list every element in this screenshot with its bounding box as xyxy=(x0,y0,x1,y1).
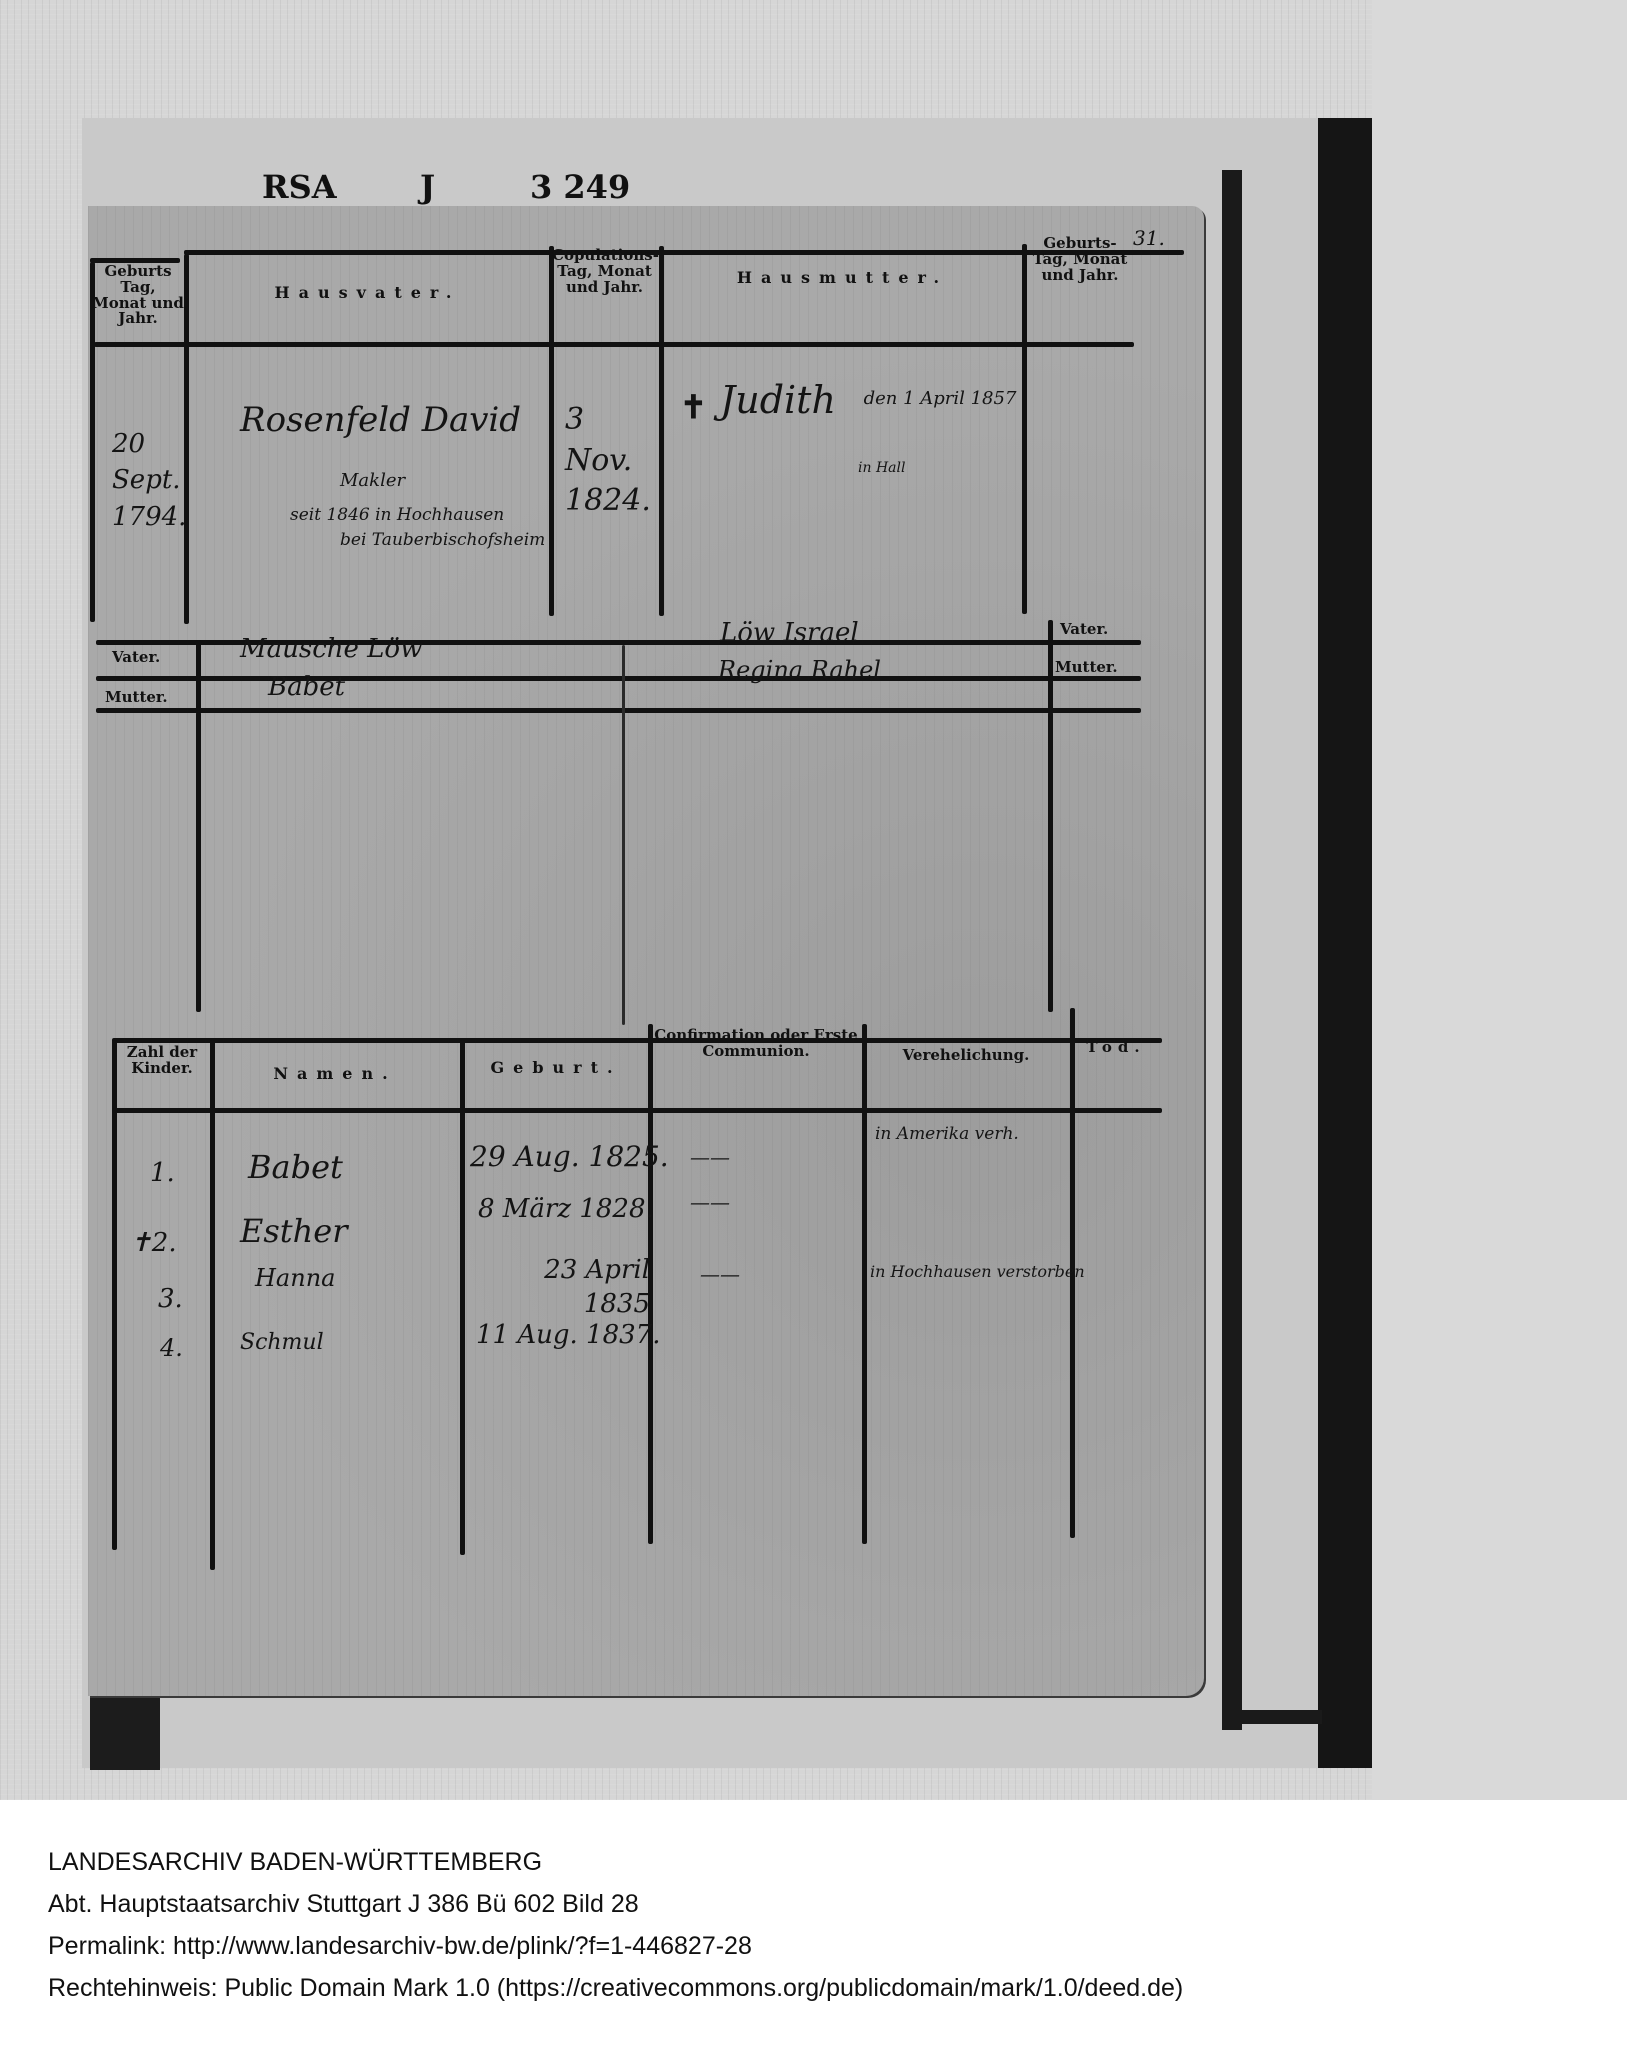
rule xyxy=(1048,620,1053,710)
signature-number: 3 249 xyxy=(530,168,630,206)
child-3-marriage: in Hochhausen verstorben xyxy=(870,1262,1085,1281)
header-child-number: Zahl der Kinder. xyxy=(116,1045,208,1077)
header-mother: Hausmutter. xyxy=(665,270,1020,287)
child-1-number: 1. xyxy=(150,1158,175,1188)
child-3-number: 3. xyxy=(158,1284,183,1314)
rule xyxy=(659,246,664,616)
rule xyxy=(460,1040,465,1555)
rule xyxy=(1022,244,1027,614)
child-2-name: Esther xyxy=(240,1212,347,1250)
header-father-birth: Geburts Tag, Monat und Jahr. xyxy=(92,264,184,327)
mother-name: Judith xyxy=(720,378,836,422)
rule xyxy=(622,645,625,1025)
spine-foot xyxy=(1222,1710,1322,1724)
child-1-marriage: in Amerika verh. xyxy=(875,1118,1025,1150)
mother-father-name: Löw Israel xyxy=(720,618,859,648)
child-4-birth: 11 Aug. 1837. xyxy=(476,1320,660,1350)
rule xyxy=(196,640,201,710)
father-note-1: seit 1846 in Hochhausen xyxy=(290,505,504,525)
rule xyxy=(549,246,554,616)
inner-spine-edge xyxy=(1222,170,1242,1730)
father-mother-name: Babet xyxy=(268,672,345,702)
header-marriage: Copulations-Tag, Monat und Jahr. xyxy=(552,248,657,295)
rule xyxy=(210,1040,215,1570)
child-4-name: Schmul xyxy=(240,1330,324,1355)
header-child-name: Namen. xyxy=(215,1066,455,1083)
signature-strip xyxy=(82,118,1242,218)
book-spine xyxy=(1318,118,1372,1768)
label-vater-left: Vater. xyxy=(112,650,160,666)
mother-death-place: in Hall xyxy=(858,460,905,476)
footer-reference: Abt. Hauptstaatsarchiv Stuttgart J 386 B… xyxy=(48,1890,639,1919)
signature-rsa: RSA xyxy=(262,168,337,206)
cover-edge xyxy=(90,1690,160,1770)
header-child-birth: Geburt. xyxy=(466,1060,646,1077)
right-background xyxy=(1372,0,1627,1800)
father-occupation: Makler xyxy=(340,470,405,491)
child-3-confirmation: —— xyxy=(700,1262,740,1286)
rule xyxy=(112,1108,1162,1113)
page-number: 31. xyxy=(1133,226,1165,250)
child-1-name: Babet xyxy=(248,1148,343,1186)
signature-j: J xyxy=(420,168,435,206)
rule xyxy=(96,708,1141,713)
mother-death-note: den 1 April 1857 xyxy=(860,384,1020,415)
rule xyxy=(112,1038,1162,1043)
father-father-name: Mausche Löw xyxy=(240,634,422,664)
footer-rights: Rechtehinweis: Public Domain Mark 1.0 (h… xyxy=(48,1974,1183,2003)
rule xyxy=(196,712,201,1012)
father-note-2: bei Tauberbischofsheim xyxy=(340,530,545,550)
child-2-confirmation: —— xyxy=(690,1190,730,1214)
rule xyxy=(862,1024,867,1544)
footer-archive-name: LANDESARCHIV BADEN-WÜRTTEMBERG xyxy=(48,1848,542,1877)
mother-mother-name: Regina Rahel xyxy=(718,656,881,684)
header-father: Hausvater. xyxy=(190,285,545,302)
rule xyxy=(94,342,1134,347)
rule xyxy=(96,676,1141,681)
footer-permalink[interactable]: Permalink: http://www.landesarchiv-bw.de… xyxy=(48,1932,752,1961)
child-4-number: 4. xyxy=(160,1334,183,1362)
header-mother-birth: Geburts-Tag, Monat und Jahr. xyxy=(1030,236,1130,283)
label-mutter-left: Mutter. xyxy=(105,690,168,706)
child-3-birth: 23 April 1835 xyxy=(480,1254,650,1322)
child-3-name: Hanna xyxy=(255,1264,335,1292)
header-confirmation: Confirmation oder Erste Communion. xyxy=(652,1028,860,1060)
label-mutter-right: Mutter. xyxy=(1055,660,1118,676)
marriage-date: 3 Nov. 1824. xyxy=(565,400,650,522)
rule xyxy=(112,1040,117,1550)
deceased-mark: ✝ xyxy=(680,388,707,426)
father-name: Rosenfeld David xyxy=(240,400,521,440)
child-2-number: ✝2. xyxy=(130,1228,177,1258)
child-1-confirmation: —— xyxy=(690,1145,730,1169)
child-2-birth: 8 März 1828. xyxy=(478,1194,654,1224)
child-1-birth: 29 Aug. 1825. xyxy=(470,1140,669,1173)
header-child-death: Tod. xyxy=(1076,1040,1156,1056)
header-child-marriage: Verehelichung. xyxy=(866,1048,1066,1064)
father-birth-date: 20 Sept. 1794. xyxy=(112,426,192,535)
rule xyxy=(1048,712,1053,1012)
label-vater-right: Vater. xyxy=(1060,622,1108,638)
